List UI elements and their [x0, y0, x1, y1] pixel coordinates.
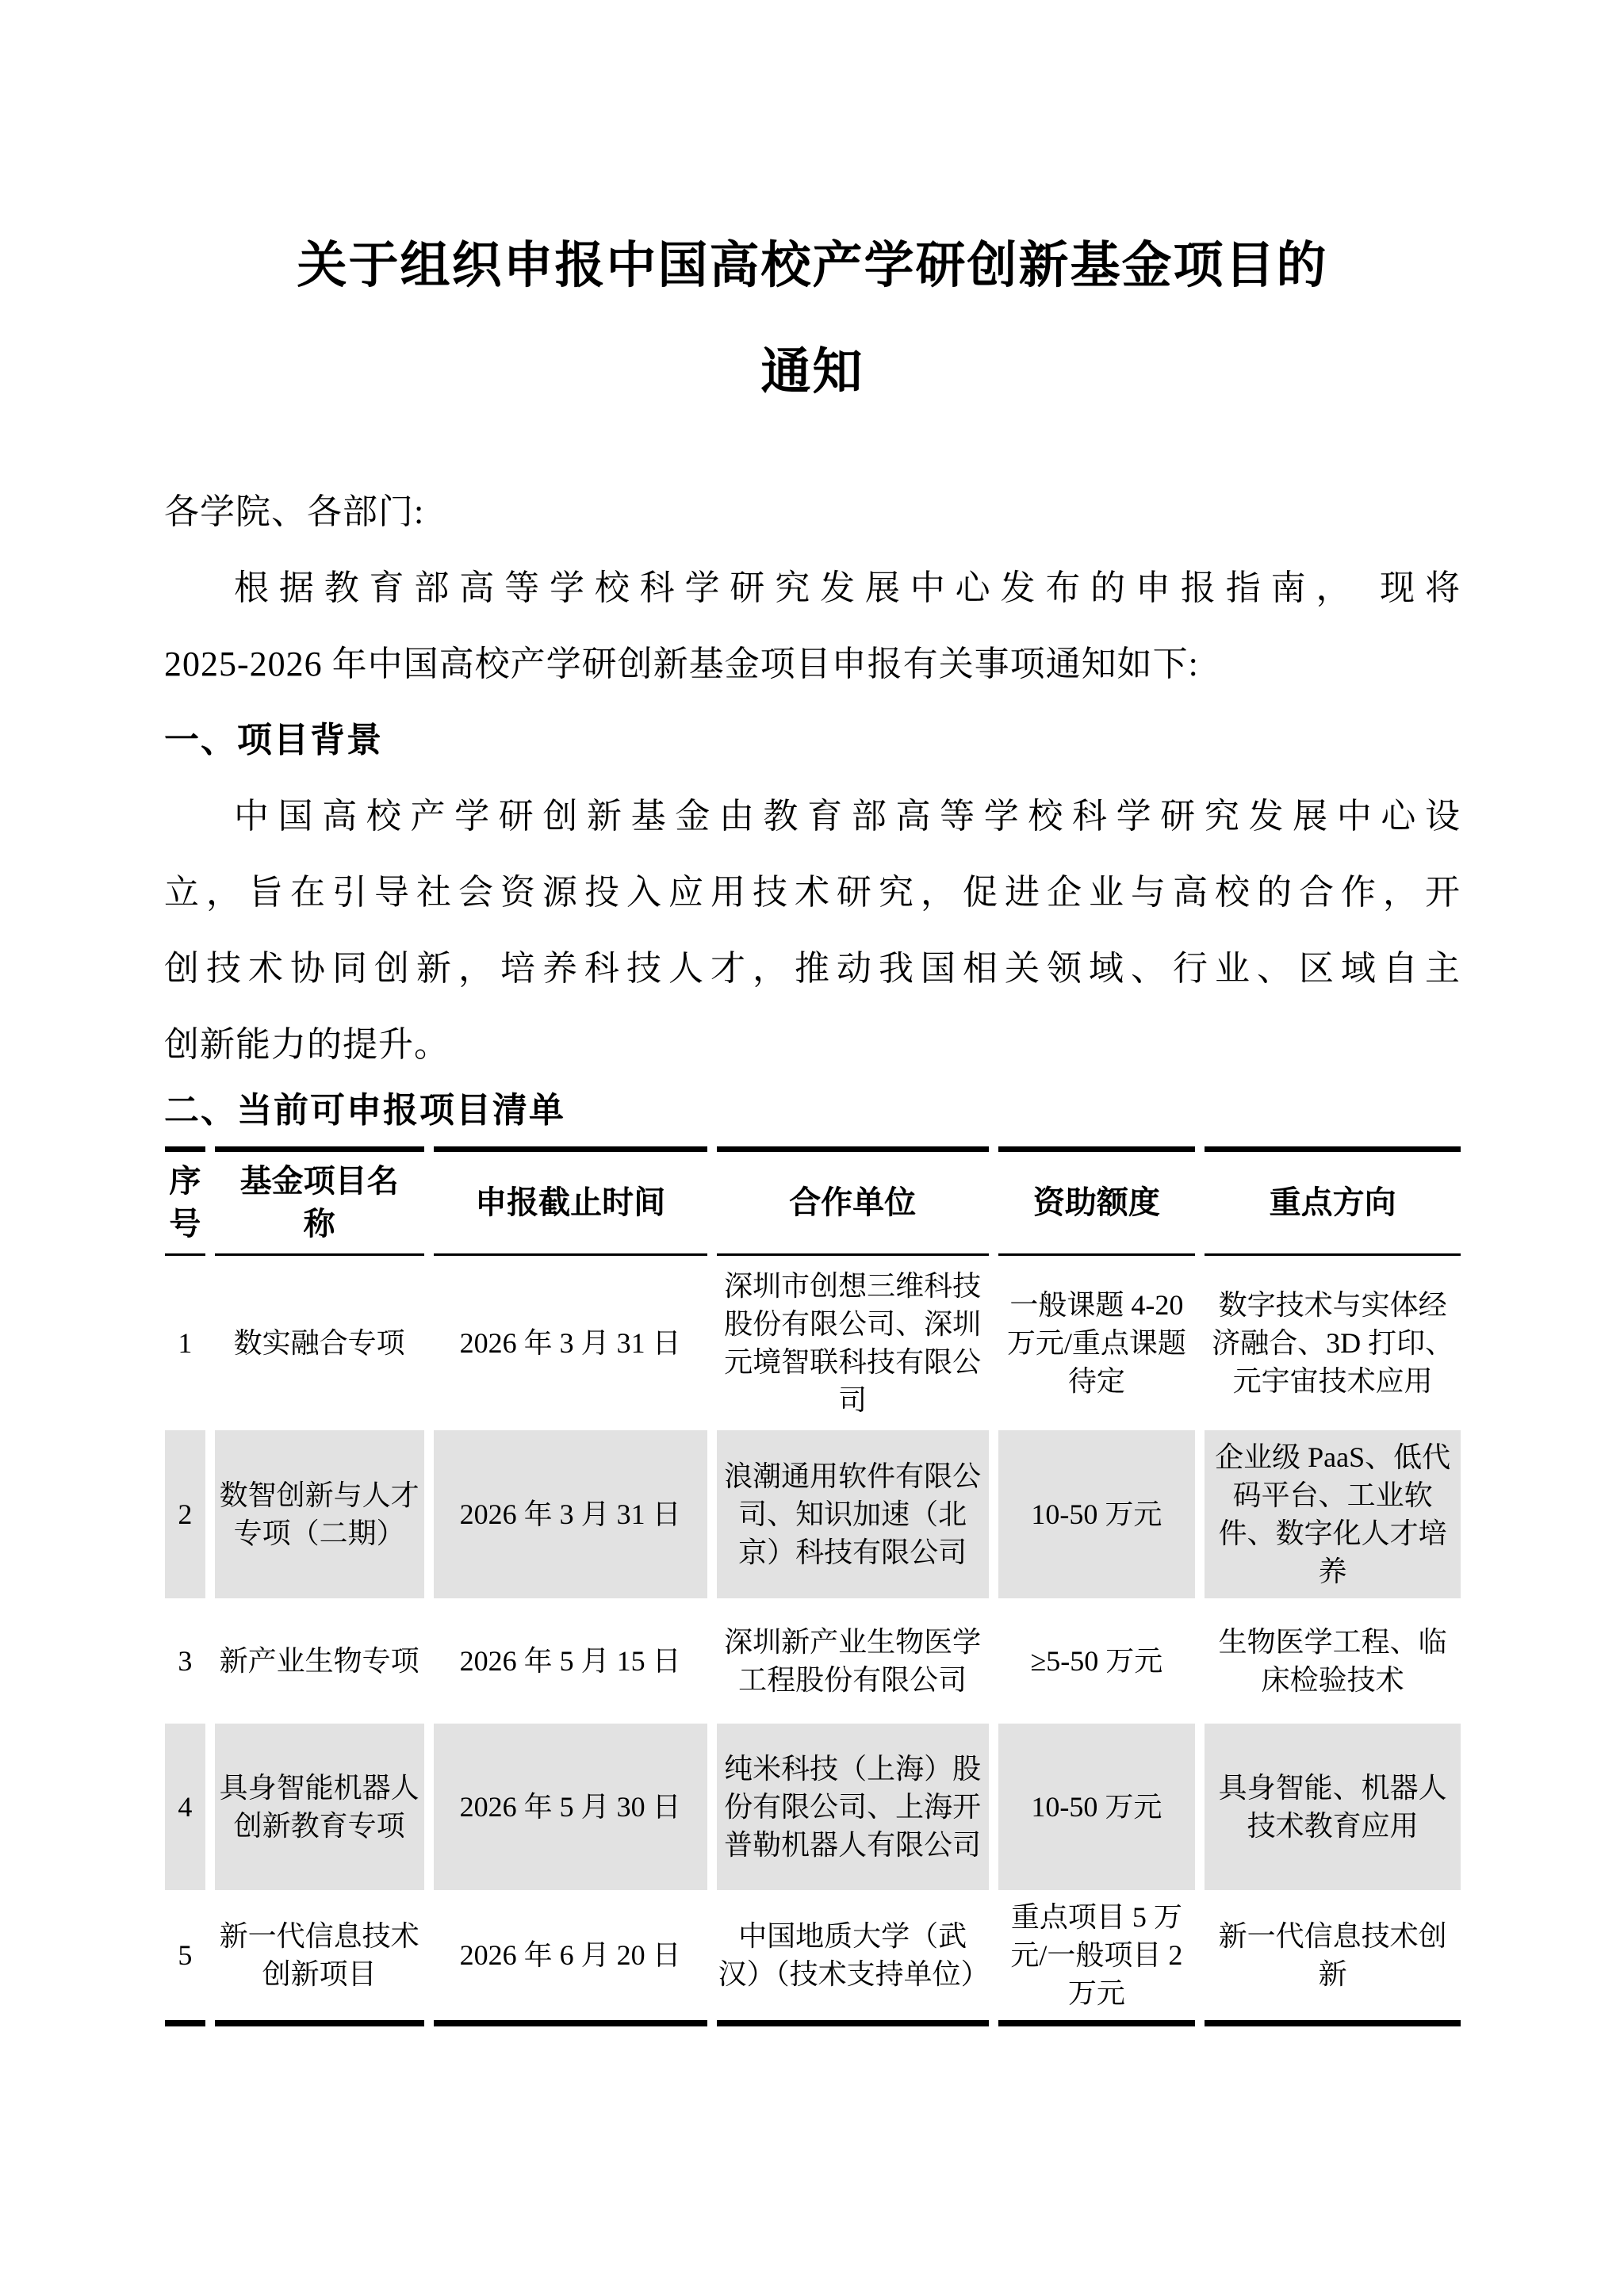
table-header-cell-partner: 合作单位 — [717, 1146, 989, 1256]
cell-no: 2 — [165, 1430, 205, 1598]
section1-heading: 一、项目背景 — [164, 702, 1461, 779]
cell-focus: 数字技术与实体经济融合、3D 打印、元宇宙技术应用 — [1205, 1256, 1461, 1430]
cell-partner: 中国地质大学（武汉）（技术支持单位） — [717, 1890, 989, 2026]
cell-funding: ≥5-50 万元 — [998, 1598, 1196, 1724]
cell-partner: 纯米科技（上海）股份有限公司、上海开普勒机器人有限公司 — [717, 1724, 989, 1890]
table-row-2: 2数智创新与人才专项（二期）2026 年 3 月 31 日浪潮通用软件有限公司、… — [165, 1430, 1461, 1598]
cell-name: 新一代信息技术创新项目 — [215, 1890, 424, 2026]
table-header-cell-name: 基金项目名 称 — [215, 1146, 424, 1256]
cell-name: 数实融合专项 — [215, 1256, 424, 1430]
cell-deadline: 2026 年 5 月 15 日 — [434, 1598, 707, 1724]
table-row-3: 3新产业生物专项2026 年 5 月 15 日深圳新产业生物医学工程股份有限公司… — [165, 1598, 1461, 1724]
table-header-cell-deadline: 申报截止时间 — [434, 1146, 707, 1256]
table-header-cell-focus: 重点方向 — [1205, 1146, 1461, 1256]
section1-paragraph: 中国高校产学研创新基金由教育部高等学校科学研究发展中心设立，旨在引导社会资源投入… — [164, 779, 1461, 1083]
cell-name: 新产业生物专项 — [215, 1598, 424, 1724]
cell-focus: 具身智能、机器人技术教育应用 — [1205, 1724, 1461, 1890]
cell-no: 3 — [165, 1598, 205, 1724]
table-row-1: 1数实融合专项2026 年 3 月 31 日深圳市创想三维科技股份有限公司、深圳… — [165, 1256, 1461, 1430]
table-body: 1数实融合专项2026 年 3 月 31 日深圳市创想三维科技股份有限公司、深圳… — [165, 1256, 1461, 2026]
table-header-row: 序 号基金项目名 称申报截止时间合作单位资助额度重点方向 — [165, 1146, 1461, 1256]
paragraph-line: 2025-2026 年中国高校产学研创新基金项目申报有关事项通知如下: — [164, 626, 1461, 702]
cell-funding: 10-50 万元 — [998, 1724, 1196, 1890]
cell-no: 1 — [165, 1256, 205, 1430]
cell-focus: 生物医学工程、临床检验技术 — [1205, 1598, 1461, 1724]
project-list-table: 序 号基金项目名 称申报截止时间合作单位资助额度重点方向 1数实融合专项2026… — [155, 1146, 1470, 2026]
cell-partner: 深圳新产业生物医学工程股份有限公司 — [717, 1598, 989, 1724]
cell-name: 具身智能机器人创新教育专项 — [215, 1724, 424, 1890]
cell-funding: 10-50 万元 — [998, 1430, 1196, 1598]
table-header-cell-no: 序 号 — [165, 1146, 205, 1256]
document-title-line2: 通知 — [164, 319, 1461, 425]
paragraph-line: 中国高校产学研创新基金由教育部高等学校科学研究发展中心设 — [164, 779, 1461, 855]
cell-funding: 一般课题 4-20 万元/重点课题待定 — [998, 1256, 1196, 1430]
cell-deadline: 2026 年 6 月 20 日 — [434, 1890, 707, 2026]
cell-partner: 深圳市创想三维科技股份有限公司、深圳元境智联科技有限公司 — [717, 1256, 989, 1430]
paragraph-line: 根据教育部高等学校科学研究发展中心发布的申报指南， 现将 — [164, 550, 1461, 626]
table-row-5: 5新一代信息技术创新项目2026 年 6 月 20 日中国地质大学（武汉）（技术… — [165, 1890, 1461, 2026]
table-header-cell-funding: 资助额度 — [998, 1146, 1196, 1256]
paragraph-line: 创技术协同创新，培养科技人才，推动我国相关领域、行业、区域自主 — [164, 931, 1461, 1007]
cell-deadline: 2026 年 5 月 30 日 — [434, 1724, 707, 1890]
cell-no: 4 — [165, 1724, 205, 1890]
cell-name: 数智创新与人才专项（二期） — [215, 1430, 424, 1598]
cell-no: 5 — [165, 1890, 205, 2026]
document-body: 各学院、各部门: 根据教育部高等学校科学研究发展中心发布的申报指南， 现将202… — [164, 474, 1461, 1134]
cell-focus: 新一代信息技术创新 — [1205, 1890, 1461, 2026]
paragraph-line: 创新能力的提升。 — [164, 1007, 1461, 1083]
document-content: 关于组织申报中国高校产学研创新基金项目的 通知 各学院、各部门: 根据教育部高等… — [0, 212, 1624, 2026]
paragraph-line: 立，旨在引导社会资源投入应用技术研究，促进企业与高校的合作，开 — [164, 855, 1461, 931]
cell-focus: 企业级 PaaS、低代码平台、工业软件、数字化人才培养 — [1205, 1430, 1461, 1598]
document-title: 关于组织申报中国高校产学研创新基金项目的 通知 — [164, 212, 1461, 425]
cell-funding: 重点项目 5 万元/一般项目 2 万元 — [998, 1890, 1196, 2026]
cell-deadline: 2026 年 3 月 31 日 — [434, 1256, 707, 1430]
cell-deadline: 2026 年 3 月 31 日 — [434, 1430, 707, 1598]
salutation: 各学院、各部门: — [164, 474, 1461, 550]
section2-heading: 二、当前可申报项目清单 — [164, 1088, 1461, 1134]
table-row-4: 4具身智能机器人创新教育专项2026 年 5 月 30 日纯米科技（上海）股份有… — [165, 1724, 1461, 1890]
document-title-line1: 关于组织申报中国高校产学研创新基金项目的 — [164, 212, 1461, 319]
intro-paragraph: 根据教育部高等学校科学研究发展中心发布的申报指南， 现将2025-2026 年中… — [164, 550, 1461, 702]
cell-partner: 浪潮通用软件有限公司、知识加速（北京）科技有限公司 — [717, 1430, 989, 1598]
notice-document-page: 关于组织申报中国高校产学研创新基金项目的 通知 各学院、各部门: 根据教育部高等… — [0, 0, 1624, 2296]
